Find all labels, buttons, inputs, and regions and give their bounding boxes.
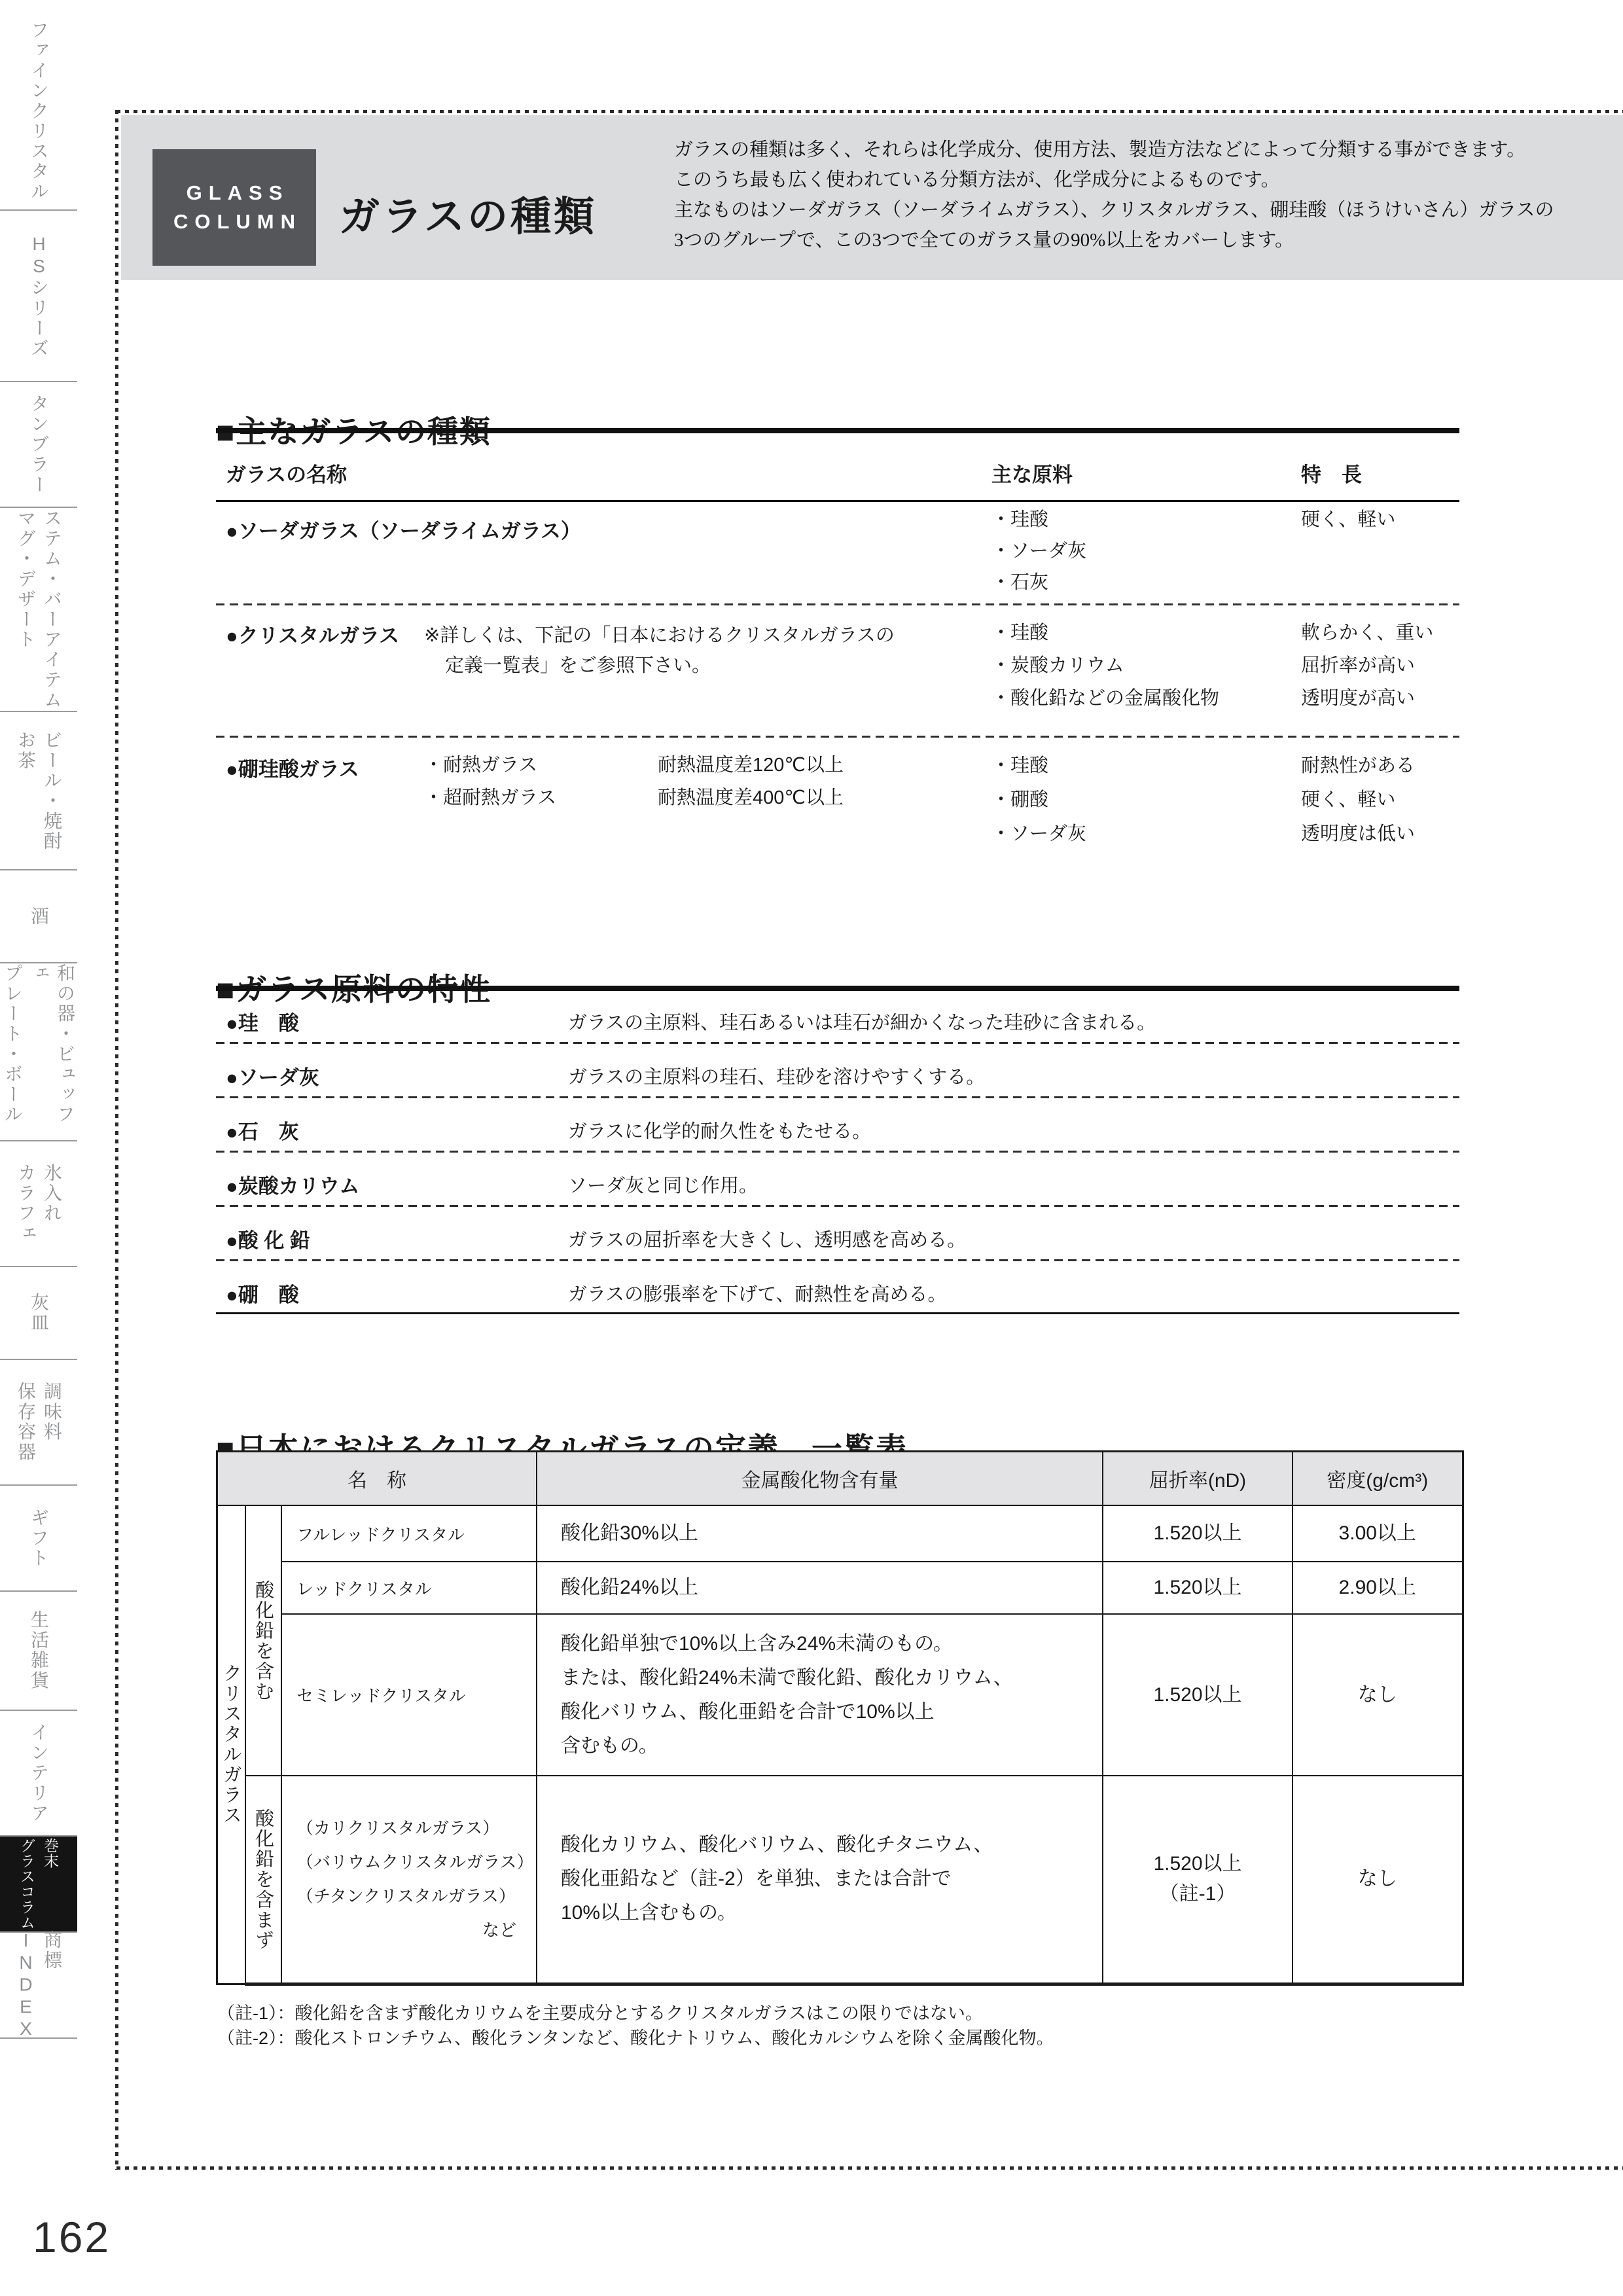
sidebar-item-ice-carafe[interactable]: 氷入れ カラフェ <box>0 1141 77 1266</box>
feature: 透明度は低い <box>1301 817 1415 851</box>
group-label: 酸化鉛を含む <box>250 1580 277 1702</box>
crystal-note-line2: 定義一覧表」をご参照下さい。 <box>445 651 711 677</box>
group-lead-oxide: 酸化鉛を含む <box>245 1505 281 1776</box>
sidebar-item-trademark-index[interactable]: 商標 INDEX <box>0 1933 77 2037</box>
content-line: 酸化バリウム、酸化亜鉛を合計で10%以上 <box>561 1695 1102 1729</box>
content-line: 酸化亜鉛など（註-2）を単独、または合計で <box>561 1862 1102 1896</box>
temp-spec: 耐熱温度差400℃以上 <box>658 781 844 814</box>
header-rule <box>216 500 1459 502</box>
content-line: または、酸化鉛24%未満で酸化鉛、酸化カリウム、 <box>561 1661 1102 1695</box>
dotted-border-bottom <box>116 2166 1623 2170</box>
row-divider <box>216 603 1459 605</box>
material-term: ●酸 化 鉛 <box>226 1224 310 1253</box>
intro-line: 主なものはソーダガラス（ソーダライムガラス）、クリスタルガラス、硼珪酸（ほうけい… <box>674 195 1554 225</box>
glass-type-features: 硬く、軽い <box>1301 504 1395 535</box>
glass-column-badge: GLASS COLUMN <box>152 149 316 266</box>
col-header-materials: 主な原料 <box>991 458 1073 488</box>
footnote-1: （註-1）：酸化鉛を含まず酸化カリウムを主要成分とするクリスタルガラスはこの限り… <box>217 1999 983 2024</box>
glass-subtypes: ・耐熱ガラス ・超耐熱ガラス <box>424 749 556 814</box>
glass-subtype-temps: 耐熱温度差120℃以上 耐熱温度差400℃以上 <box>658 749 844 814</box>
content-line: 酸化カリウム、酸化バリウム、酸化チタニウム、 <box>561 1828 1102 1862</box>
feature: 屈折率が高い <box>1301 649 1433 682</box>
page-number: 162 <box>33 2212 111 2262</box>
section-rule <box>216 428 1459 433</box>
row-divider <box>216 1096 1459 1098</box>
glass-type-features: 軟らかく、重い 屈折率が高い 透明度が高い <box>1301 617 1433 715</box>
catalog-page: ファインクリスタル HSシリーズ タンブラー ステム・バーアイテム マグ・デザー… <box>0 0 1623 2296</box>
material-desc: ガラスの膨張率を下げて、耐熱性を高める。 <box>568 1280 947 1306</box>
group-no-lead-oxide: 酸化鉛を含まず <box>245 1776 281 1984</box>
sidebar-item-ashtray[interactable]: 灰皿 <box>0 1267 77 1359</box>
row-divider <box>216 1259 1459 1261</box>
glass-type-features: 耐熱性がある 硬く、軽い 透明度は低い <box>1301 749 1415 851</box>
sidebar-item-tumbler[interactable]: タンブラー <box>0 382 77 507</box>
crystal-refraction: 1.520以上 <box>1103 1562 1293 1614</box>
table-header-name: 名 称 <box>217 1452 537 1506</box>
page-title: ガラスの種類 <box>339 184 597 242</box>
content-line: 10%以上含むもの。 <box>561 1896 1102 1930</box>
row-group-label: クリスタルガラス <box>218 1663 245 1825</box>
crystal-name: レッドクリスタル <box>281 1562 537 1614</box>
material-term: ●炭酸カリウム <box>226 1170 359 1199</box>
material: ・珪酸 <box>991 617 1219 649</box>
crystal-name: フルレッドクリスタル <box>281 1505 537 1562</box>
refraction-note-ref: （註-1） <box>1103 1879 1292 1909</box>
material: ・炭酸カリウム <box>991 649 1219 682</box>
sidebar-item-beer-shochu-tea[interactable]: ビール・焼酎 お茶 <box>0 712 77 869</box>
crystal-content: 酸化鉛30%以上 <box>537 1505 1103 1562</box>
material: ・酸化鉛などの金属酸化物 <box>991 682 1219 715</box>
crystal-refraction: 1.520以上 <box>1103 1614 1293 1776</box>
glass-type-materials: ・珪酸 ・炭酸カリウム ・酸化鉛などの金属酸化物 <box>991 617 1219 715</box>
crystal-name: セミレッドクリスタル <box>281 1614 537 1776</box>
feature: 耐熱性がある <box>1301 749 1415 783</box>
dotted-border-top <box>116 110 1623 113</box>
crystal-density: なし <box>1293 1776 1463 1984</box>
row-divider <box>216 1205 1459 1207</box>
material: ・石灰 <box>991 567 1086 598</box>
crystal-name: （カリクリスタルガラス） （バリウムクリスタルガラス） （チタンクリスタルガラス… <box>281 1776 537 1984</box>
feature: 硬く、軽い <box>1301 504 1395 535</box>
feature: 硬く、軽い <box>1301 783 1415 817</box>
material: ・ソーダ灰 <box>991 535 1086 567</box>
material: ・珪酸 <box>991 504 1086 535</box>
material-desc: ガラスの屈折率を大きくし、透明感を高める。 <box>568 1225 966 1252</box>
material: ・硼酸 <box>991 783 1086 817</box>
intro-paragraph: ガラスの種類は多く、それらは化学成分、使用方法、製造方法などによって分類する事が… <box>674 135 1554 255</box>
glass-type-name: ●ソーダガラス（ソーダライムガラス） <box>226 514 581 544</box>
name-line: （チタンクリスタルガラス） <box>296 1879 536 1913</box>
dotted-border-left <box>115 110 118 2170</box>
material-term: ●ソーダ灰 <box>226 1061 319 1090</box>
row-divider <box>216 736 1459 738</box>
row-divider <box>216 1042 1459 1044</box>
glass-type-materials: ・珪酸 ・ソーダ灰 ・石灰 <box>991 504 1086 598</box>
material: ・珪酸 <box>991 749 1086 783</box>
table-header-density: 密度(g/cm³) <box>1293 1452 1463 1506</box>
col-header-features: 特 長 <box>1301 458 1362 488</box>
table-header-content: 金属酸化物含有量 <box>537 1452 1103 1506</box>
name-suffix: など <box>296 1913 536 1947</box>
subtype: ・超耐熱ガラス <box>424 781 556 814</box>
crystal-density: 2.90以上 <box>1293 1562 1463 1614</box>
crystal-content: 酸化鉛単独で10%以上含み24%未満のもの。 または、酸化鉛24%未満で酸化鉛、… <box>537 1614 1103 1776</box>
content-line: 酸化鉛単独で10%以上含み24%未満のもの。 <box>561 1627 1102 1661</box>
glass-type-materials: ・珪酸 ・硼酸 ・ソーダ灰 <box>991 749 1086 851</box>
material-desc: ガラスに化学的耐久性をもたせる。 <box>568 1117 871 1143</box>
crystal-content: 酸化カリウム、酸化バリウム、酸化チタニウム、 酸化亜鉛など（註-2）を単独、また… <box>537 1776 1103 1984</box>
sidebar-item-fine-crystal[interactable]: ファインクリスタル <box>0 13 77 209</box>
sidebar-item-interior[interactable]: インテリア <box>0 1711 77 1835</box>
intro-line: このうち最も広く使われている分類方法が、化学成分によるものです。 <box>674 165 1554 195</box>
material-term: ●石 灰 <box>226 1115 299 1145</box>
footnote-2: （註-2）：酸化ストロンチウム、酸化ランタンなど、酸化ナトリウム、酸化カルシウム… <box>217 2024 1054 2049</box>
table-header-refraction: 屈折率(nD) <box>1103 1452 1293 1506</box>
row-group-crystal-glass: クリスタルガラス <box>217 1505 246 1984</box>
refraction-line: 1.520以上 <box>1103 1849 1292 1879</box>
crystal-density: なし <box>1293 1614 1463 1776</box>
sidebar-item-hs-series[interactable]: HSシリーズ <box>0 211 77 381</box>
badge-line2: COLUMN <box>167 207 302 236</box>
sidebar-item-daily-goods[interactable]: 生活雑貨 <box>0 1592 77 1710</box>
intro-line: 3つのグループで、この3つで全てのガラス量の90%以上をカバーします。 <box>674 225 1554 255</box>
badge-line1: GLASS <box>180 179 289 207</box>
section-end-rule <box>216 1312 1459 1314</box>
row-divider <box>216 1151 1459 1153</box>
material: ・ソーダ灰 <box>991 817 1086 851</box>
sidebar-item-gift[interactable]: ギフト <box>0 1486 77 1590</box>
crystal-density: 3.00以上 <box>1293 1505 1463 1562</box>
group-label: 酸化鉛を含まず <box>250 1808 277 1950</box>
intro-line: ガラスの種類は多く、それらは化学成分、使用方法、製造方法などによって分類する事が… <box>674 135 1554 165</box>
crystal-refraction: 1.520以上 <box>1103 1505 1293 1562</box>
material-term: ●珪 酸 <box>226 1007 299 1036</box>
temp-spec: 耐熱温度差120℃以上 <box>658 749 844 781</box>
glass-type-name: ●硼珪酸ガラス <box>226 753 359 782</box>
name-line: （カリクリスタルガラス） <box>296 1811 536 1845</box>
crystal-content: 酸化鉛24%以上 <box>537 1562 1103 1614</box>
feature: 軟らかく、重い <box>1301 617 1433 649</box>
sidebar-item-stem-bar-mug-dessert[interactable]: ステム・バーアイテム マグ・デザート <box>0 508 77 711</box>
material-desc: ガラスの主原料、珪石あるいは珪石が細かくなった珪砂に含まれる。 <box>568 1008 1156 1035</box>
material-term: ●硼 酸 <box>226 1278 299 1308</box>
section-rule <box>216 986 1459 991</box>
sidebar-item-japanese-ware-plate-bowl[interactable]: 和の器・ビュッフェ プレート・ボール <box>0 963 77 1140</box>
content-line: 含むもの。 <box>561 1729 1102 1763</box>
material-desc: ガラスの主原料の珪石、珪砂を溶けやすくする。 <box>568 1062 985 1089</box>
crystal-definition-table: 名 称 金属酸化物含有量 屈折率(nD) 密度(g/cm³) クリスタルガラス … <box>216 1450 1464 1986</box>
sidebar-nav: ファインクリスタル HSシリーズ タンブラー ステム・バーアイテム マグ・デザー… <box>0 13 77 2039</box>
subtype: ・耐熱ガラス <box>424 749 556 781</box>
crystal-note-line1: ※詳しくは、下記の「日本におけるクリスタルガラスの <box>424 620 895 647</box>
sidebar-item-seasoning-storage[interactable]: 調味料 保存容器 <box>0 1360 77 1484</box>
glass-type-name: ●クリスタルガラス <box>226 619 399 649</box>
col-header-glass-name: ガラスの名称 <box>226 458 347 488</box>
feature: 透明度が高い <box>1301 682 1433 715</box>
name-line: （バリウムクリスタルガラス） <box>296 1845 536 1879</box>
sidebar-item-sake[interactable]: 酒 <box>0 870 77 962</box>
sidebar-item-appendix-glass-column[interactable]: 巻末 グラスコラム <box>0 1837 77 1931</box>
crystal-refraction: 1.520以上 （註-1） <box>1103 1776 1293 1984</box>
material-desc: ソーダ灰と同じ作用。 <box>568 1171 758 1198</box>
glass-column-header: GLASS COLUMN ガラスの種類 ガラスの種類は多く、それらは化学成分、使… <box>121 115 1623 280</box>
